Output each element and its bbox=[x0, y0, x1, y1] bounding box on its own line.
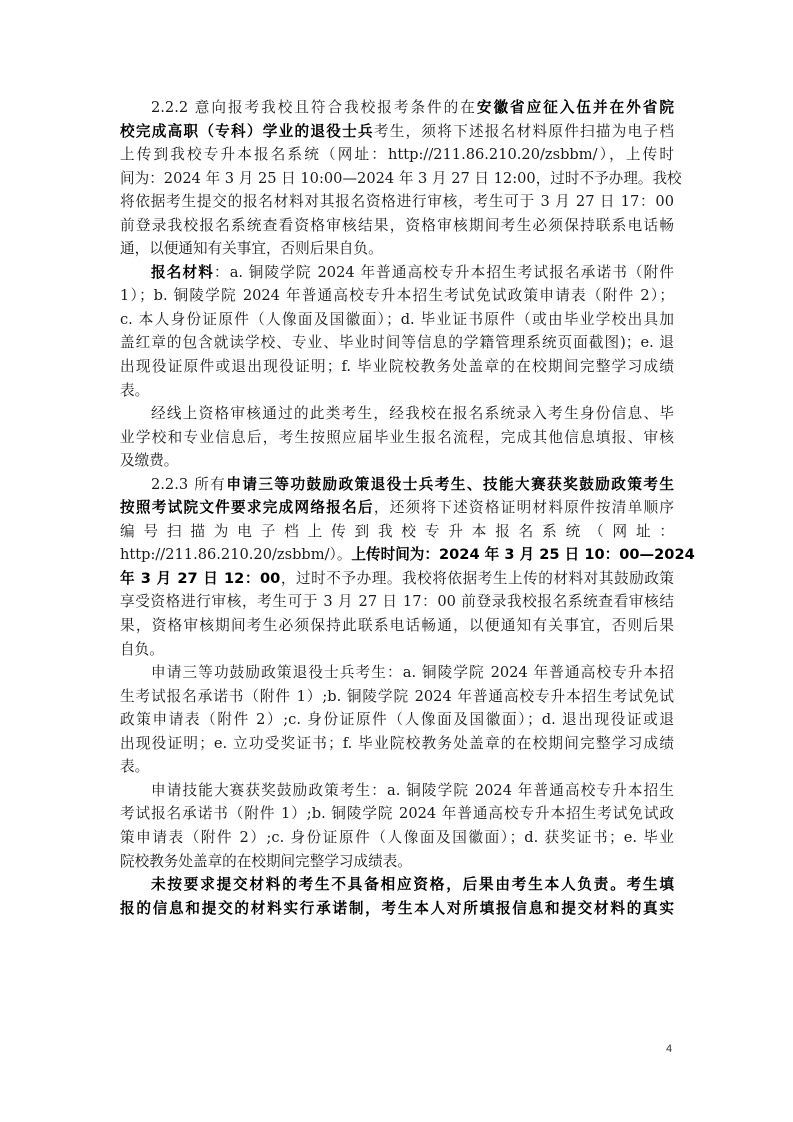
bold-text: 年 3 月 27 日 12：00 bbox=[120, 570, 280, 587]
text-run: 策申请表（附件 2）;c. 身份证原件（人像面及国徽面）；d. 获奖证书；e. … bbox=[120, 829, 674, 846]
text-run: c. 本人身份证原件（人像面及国徽面）；d. 毕业证书原件（或由毕业学校出具加 bbox=[120, 311, 674, 328]
document-body: 2.2.2 意向报考我校且符合我校报考条件的在安徽省应征入伍并在外省院校完成高职… bbox=[120, 96, 674, 920]
text-line: 盖红章的包含就读学校、专业、毕业时间等信息的学籍管理系统页面截图)；e. 退 bbox=[120, 331, 674, 355]
paragraph-p223: 2.2.3 所有申请三等功鼓励政策退役士兵考生、技能大赛获奖鼓励政策考生按照考试… bbox=[120, 473, 674, 661]
text-line: 出现役证原件或退出现役证明；f. 毕业院校教务处盖章的在校期间完整学习成绩 bbox=[120, 355, 674, 379]
paragraph-warning: 未按要求提交材料的考生不具备相应资格，后果由考生本人负责。考生填报的信息和提交的… bbox=[120, 873, 674, 920]
text-run: 业学校和专业信息后，考生按照应届毕业生报名流程，完成其他信息填报、审核 bbox=[120, 429, 674, 446]
text-run: 2.2.2 意向报考我校且符合我校报考条件的在 bbox=[151, 99, 477, 116]
bold-text: 报名材料 bbox=[151, 264, 214, 281]
text-line: 校完成高职（专科）学业的退役士兵考生，须将下述报名材料原件扫描为电子档 bbox=[120, 120, 674, 144]
text-run: 出现役证明；e. 立功受奖证书；f. 毕业院校教务处盖章的在校期间完整学习成绩 bbox=[120, 735, 674, 752]
paragraph-materials: 报名材料：a. 铜陵学院 2024 年普通高校专升本招生考试报名承诺书（附件1）… bbox=[120, 261, 674, 402]
text-line: 院校教务处盖章的在校期间完整学习成绩表。 bbox=[120, 850, 674, 874]
text-run: 表。 bbox=[120, 382, 149, 399]
paragraph-p222: 2.2.2 意向报考我校且符合我校报考条件的在安徽省应征入伍并在外省院校完成高职… bbox=[120, 96, 674, 261]
bold-text: 报的信息和提交的材料实行承诺制，考生本人对所填报信息和提交材料的真实 bbox=[120, 900, 674, 917]
text-run: 通，以便通知有关事宜，否则后果自负。 bbox=[120, 240, 383, 257]
text-run: 经线上资格审核通过的此类考生，经我校在报名系统录入考生身份信息、毕 bbox=[151, 405, 674, 422]
text-run: 编 号 扫 描 为 电 子 档 上 传 到 我 校 专 升 本 报 名 系 统 … bbox=[120, 523, 674, 540]
text-run: 院校教务处盖章的在校期间完整学习成绩表。 bbox=[120, 853, 412, 870]
text-run: 及缴费。 bbox=[120, 452, 178, 469]
page-number: 4 bbox=[666, 1043, 672, 1055]
paragraph-third-class-merit: 申请三等功鼓励政策退役士兵考生：a. 铜陵学院 2024 年普通高校专升本招生考… bbox=[120, 661, 674, 779]
text-run: 自负。 bbox=[120, 641, 164, 658]
text-line: 2.2.2 意向报考我校且符合我校报考条件的在安徽省应征入伍并在外省院 bbox=[120, 96, 674, 120]
text-line: 前登录我校报名系统查看资格审核结果，资格审核期间考生必须保持联系电话畅 bbox=[120, 214, 674, 238]
text-run: 生考试报名承诺书（附件 1）;b. 铜陵学院 2024 年普通高校专升本招生考试… bbox=[120, 688, 674, 705]
text-line: 出现役证明；e. 立功受奖证书；f. 毕业院校教务处盖章的在校期间完整学习成绩 bbox=[120, 732, 674, 756]
text-line: 自负。 bbox=[120, 638, 674, 662]
text-line: 通，以便通知有关事宜，否则后果自负。 bbox=[120, 237, 674, 261]
text-run: 间为：2024 年 3 月 25 日 10:00—2024 年 3 月 27 日… bbox=[120, 170, 682, 187]
paragraph-skills-competition: 申请技能大赛获奖鼓励政策考生：a. 铜陵学院 2024 年普通高校专升本招生考试… bbox=[120, 779, 674, 873]
text-line: 经线上资格审核通过的此类考生，经我校在报名系统录入考生身份信息、毕 bbox=[120, 402, 674, 426]
text-line: 及缴费。 bbox=[120, 449, 674, 473]
text-line: 表。 bbox=[120, 755, 674, 779]
text-line: 政策申请表（附件 2）;c. 身份证原件（人像面及国徽面）；d. 退出现役证或退 bbox=[120, 708, 674, 732]
text-line: 1）；b. 铜陵学院 2024 年普通高校专升本招生考试免试政策申请表（附件 2… bbox=[120, 284, 674, 308]
text-line: 未按要求提交材料的考生不具备相应资格，后果由考生本人负责。考生填 bbox=[120, 873, 674, 897]
text-line: 申请技能大赛获奖鼓励政策考生：a. 铜陵学院 2024 年普通高校专升本招生 bbox=[120, 779, 674, 803]
text-run: http://211.86.210.20/zsbbm/）。 bbox=[120, 546, 351, 563]
text-line: 考试报名承诺书（附件 1）;b. 铜陵学院 2024 年普通高校专升本招生考试免… bbox=[120, 802, 674, 826]
text-line: 2.2.3 所有申请三等功鼓励政策退役士兵考生、技能大赛获奖鼓励政策考生 bbox=[120, 473, 674, 497]
text-line: 年 3 月 27 日 12：00，过时不予办理。我校将依据考生上传的材料对其鼓励… bbox=[120, 567, 674, 591]
text-run: 前登录我校报名系统查看资格审核结果，资格审核期间考生必须保持联系电话畅 bbox=[120, 217, 674, 234]
text-run: 2.2.3 所有 bbox=[151, 476, 226, 493]
bold-text: 安徽省应征入伍并在外省院 bbox=[477, 99, 674, 116]
text-line: c. 本人身份证原件（人像面及国徽面）；d. 毕业证书原件（或由毕业学校出具加 bbox=[120, 308, 674, 332]
bold-text: 上传时间为：2024 年 3 月 25 日 10：00—2024 bbox=[351, 546, 694, 563]
text-run: ，还须将下述资格证明材料原件按清单顺序 bbox=[374, 499, 674, 516]
bold-text: 按照考试院文件要求完成网络报名后 bbox=[120, 499, 374, 516]
text-line: 表。 bbox=[120, 379, 674, 403]
text-line: 享受资格进行审核，考生可于 3 月 27 日 17：00 前登录我校报名系统查看… bbox=[120, 590, 674, 614]
text-run: 申请三等功鼓励政策退役士兵考生：a. 铜陵学院 2024 年普通高校专升本招 bbox=[151, 664, 674, 681]
text-run: 申请技能大赛获奖鼓励政策考生：a. 铜陵学院 2024 年普通高校专升本招生 bbox=[151, 782, 674, 799]
text-run: 将依据考生提交的报名材料对其报名资格进行审核，考生可于 3 月 27 日 17：… bbox=[120, 193, 674, 210]
text-run: 考生，须将下述报名材料原件扫描为电子档 bbox=[374, 123, 674, 140]
text-line: 业学校和专业信息后，考生按照应届毕业生报名流程，完成其他信息填报、审核 bbox=[120, 426, 674, 450]
bold-text: 未按要求提交材料的考生不具备相应资格，后果由考生本人负责。考生填 bbox=[151, 876, 674, 893]
text-line: 报名材料：a. 铜陵学院 2024 年普通高校专升本招生考试报名承诺书（附件 bbox=[120, 261, 674, 285]
text-line: 申请三等功鼓励政策退役士兵考生：a. 铜陵学院 2024 年普通高校专升本招 bbox=[120, 661, 674, 685]
text-run: 政策申请表（附件 2）;c. 身份证原件（人像面及国徽面）；d. 退出现役证或退 bbox=[120, 711, 674, 728]
text-run: 果，资格审核期间考生必须保持此联系电话畅通，以便通知有关事宜，否则后果 bbox=[120, 617, 674, 634]
paragraph-online-review: 经线上资格审核通过的此类考生，经我校在报名系统录入考生身份信息、毕业学校和专业信… bbox=[120, 402, 674, 473]
text-run: 考试报名承诺书（附件 1）;b. 铜陵学院 2024 年普通高校专升本招生考试免… bbox=[120, 805, 674, 822]
text-line: 将依据考生提交的报名材料对其报名资格进行审核，考生可于 3 月 27 日 17：… bbox=[120, 190, 674, 214]
text-run: 盖红章的包含就读学校、专业、毕业时间等信息的学籍管理系统页面截图)；e. 退 bbox=[120, 334, 674, 351]
text-run: 上传到我校专升本报名系统（网址：http://211.86.210.20/zsb… bbox=[120, 146, 674, 163]
text-line: 编 号 扫 描 为 电 子 档 上 传 到 我 校 专 升 本 报 名 系 统 … bbox=[120, 520, 674, 544]
text-run: ：a. 铜陵学院 2024 年普通高校专升本招生考试报名承诺书（附件 bbox=[214, 264, 674, 281]
text-line: http://211.86.210.20/zsbbm/）。上传时间为：2024 … bbox=[120, 543, 674, 567]
text-run: 1）；b. 铜陵学院 2024 年普通高校专升本招生考试免试政策申请表（附件 2… bbox=[120, 287, 674, 304]
text-run: 享受资格进行审核，考生可于 3 月 27 日 17：00 前登录我校报名系统查看… bbox=[120, 593, 674, 610]
text-line: 果，资格审核期间考生必须保持此联系电话畅通，以便通知有关事宜，否则后果 bbox=[120, 614, 674, 638]
bold-text: 校完成高职（专科）学业的退役士兵 bbox=[120, 123, 374, 140]
document-page: 2.2.2 意向报考我校且符合我校报考条件的在安徽省应征入伍并在外省院校完成高职… bbox=[0, 0, 793, 1122]
text-line: 报的信息和提交的材料实行承诺制，考生本人对所填报信息和提交材料的真实 bbox=[120, 897, 674, 921]
text-line: 间为：2024 年 3 月 25 日 10:00—2024 年 3 月 27 日… bbox=[120, 167, 674, 191]
text-line: 策申请表（附件 2）;c. 身份证原件（人像面及国徽面）；d. 获奖证书；e. … bbox=[120, 826, 674, 850]
text-run: 表。 bbox=[120, 758, 149, 775]
text-line: 上传到我校专升本报名系统（网址：http://211.86.210.20/zsb… bbox=[120, 143, 674, 167]
text-line: 生考试报名承诺书（附件 1）;b. 铜陵学院 2024 年普通高校专升本招生考试… bbox=[120, 685, 674, 709]
text-line: 按照考试院文件要求完成网络报名后，还须将下述资格证明材料原件按清单顺序 bbox=[120, 496, 674, 520]
text-run: 出现役证原件或退出现役证明；f. 毕业院校教务处盖章的在校期间完整学习成绩 bbox=[120, 358, 674, 375]
bold-text: 申请三等功鼓励政策退役士兵考生、技能大赛获奖鼓励政策考生 bbox=[226, 476, 674, 493]
text-run: ，过时不予办理。我校将依据考生上传的材料对其鼓励政策 bbox=[280, 570, 674, 587]
